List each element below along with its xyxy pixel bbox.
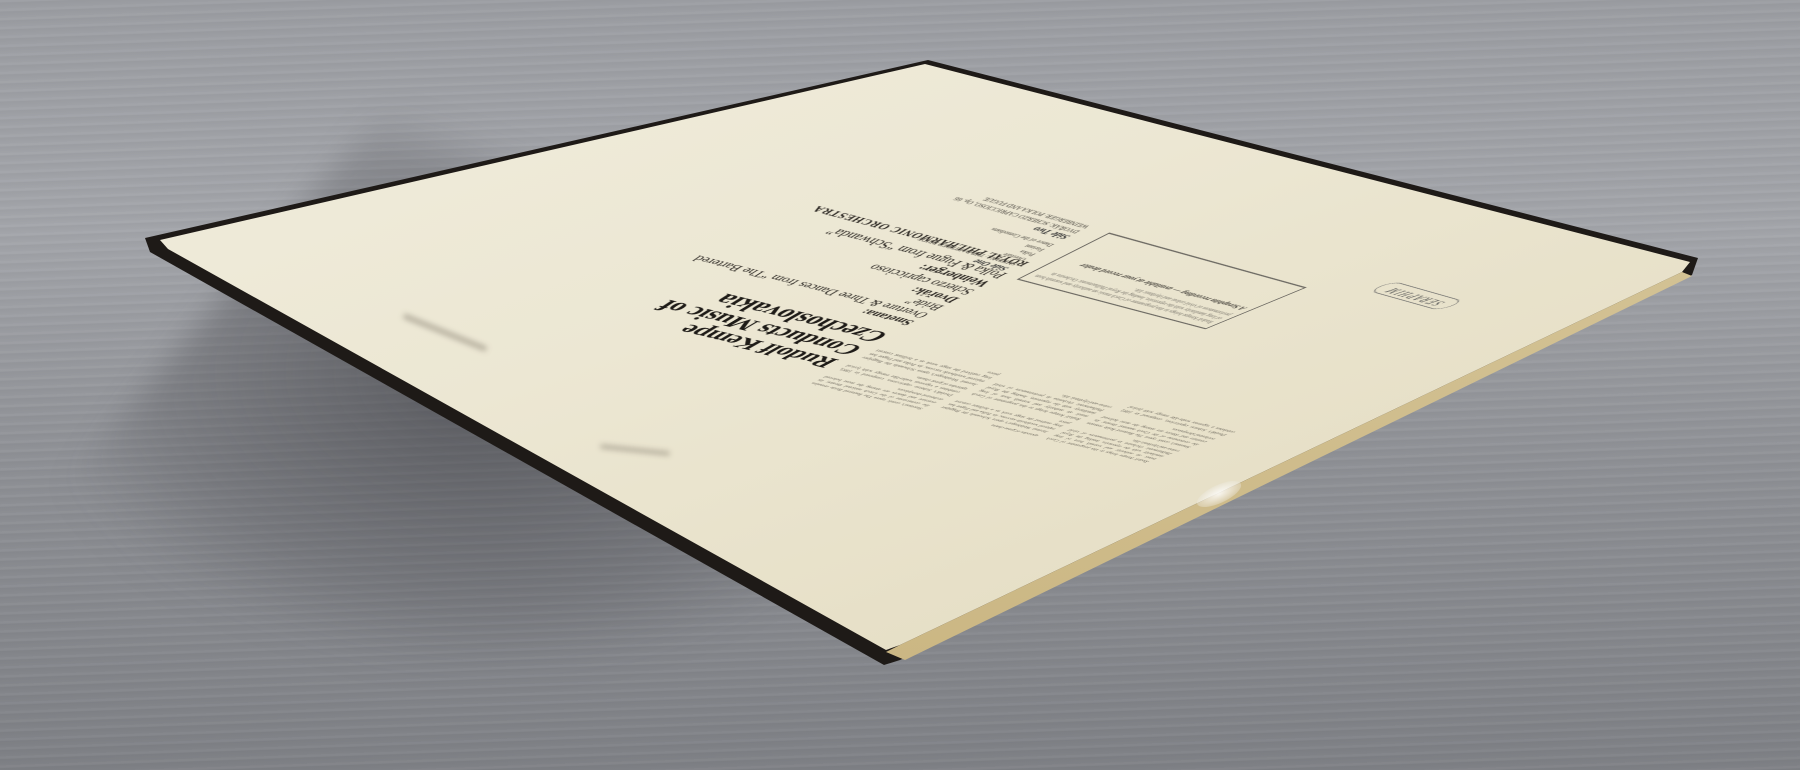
seraphim-logo: SERAPHIM [1369,281,1465,311]
